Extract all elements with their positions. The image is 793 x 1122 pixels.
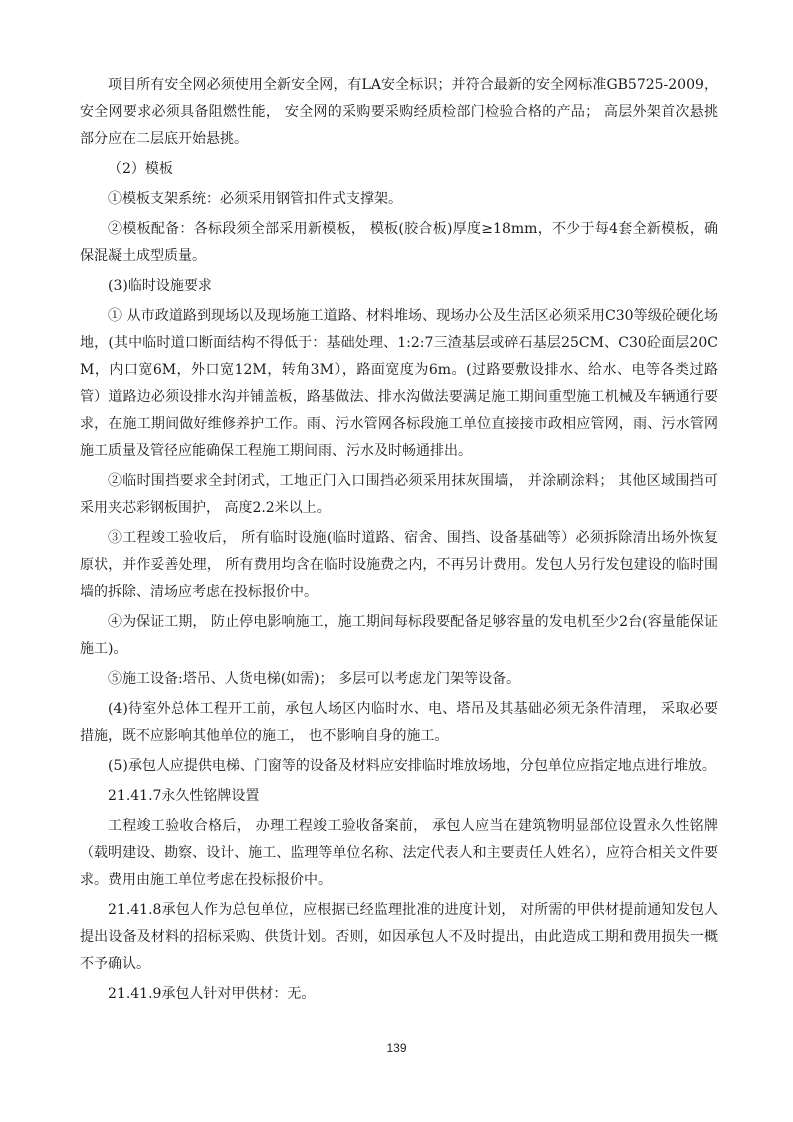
paragraph-site-clearing: (4)待室外总体工程开工前，承包人场区内临时水、电、塔吊及其基础必须无条件清理，…: [80, 696, 718, 750]
paragraph-nameplate-requirements: 工程竣工验收合格后， 办理工程竣工验收备案前， 承包人应当在建筑物明显部位设置永…: [80, 813, 718, 894]
paragraph-storage-area: (5)承包人应提供电梯、门窗等的设备及材料应安排临时堆放场地，分包单位应指定地点…: [80, 753, 718, 780]
paragraph-formwork-support: ①模板支架系统：必须采用钢管扣件式支撑架。: [80, 186, 718, 213]
document-page: 项目所有安全网必须使用全新安全网，有LA安全标识；并符合最新的安全网标准GB57…: [80, 72, 718, 1011]
page-number: 139: [0, 1041, 793, 1055]
heading-permanent-nameplate: 21.41.7永久性铭牌设置: [80, 783, 718, 810]
paragraph-generators: ④为保证工期， 防止停电影响施工，施工期间每标段要配备足够容量的发电机至少2台(…: [80, 609, 718, 663]
paragraph-formwork-config: ②模板配备：各标段须全部采用新模板， 模板(胶合板)厚度≥18mm，不少于每4套…: [80, 216, 718, 270]
heading-formwork: （2）模板: [80, 156, 718, 183]
paragraph-safety-net: 项目所有安全网必须使用全新安全网，有LA安全标识；并符合最新的安全网标准GB57…: [80, 72, 718, 153]
paragraph-removal-after-acceptance: ③工程竣工验收后， 所有临时设施(临时道路、宿舍、围挡、设备基础等）必须拆除清出…: [80, 525, 718, 606]
paragraph-owner-supplied-materials: 21.41.9承包人针对甲供材：无。: [80, 981, 718, 1008]
paragraph-construction-equipment: ⑤施工设备:塔吊、人货电梯(如需)； 多层可以考虑龙门架等设备。: [80, 666, 718, 693]
heading-temporary-facilities: (3)临时设施要求: [80, 273, 718, 300]
paragraph-temporary-fencing: ②临时围挡要求全封闭式，工地正门入口围挡必须采用抹灰围墙， 并涂刷涂料； 其他区…: [80, 468, 718, 522]
paragraph-owner-supplied-materials-plan: 21.41.8承包人作为总包单位，应根据已经监理批准的进度计划， 对所需的甲供材…: [80, 897, 718, 978]
paragraph-temporary-roads: ① 从市政道路到现场以及现场施工道路、材料堆场、现场办公及生活区必须采用C30等…: [80, 303, 718, 465]
